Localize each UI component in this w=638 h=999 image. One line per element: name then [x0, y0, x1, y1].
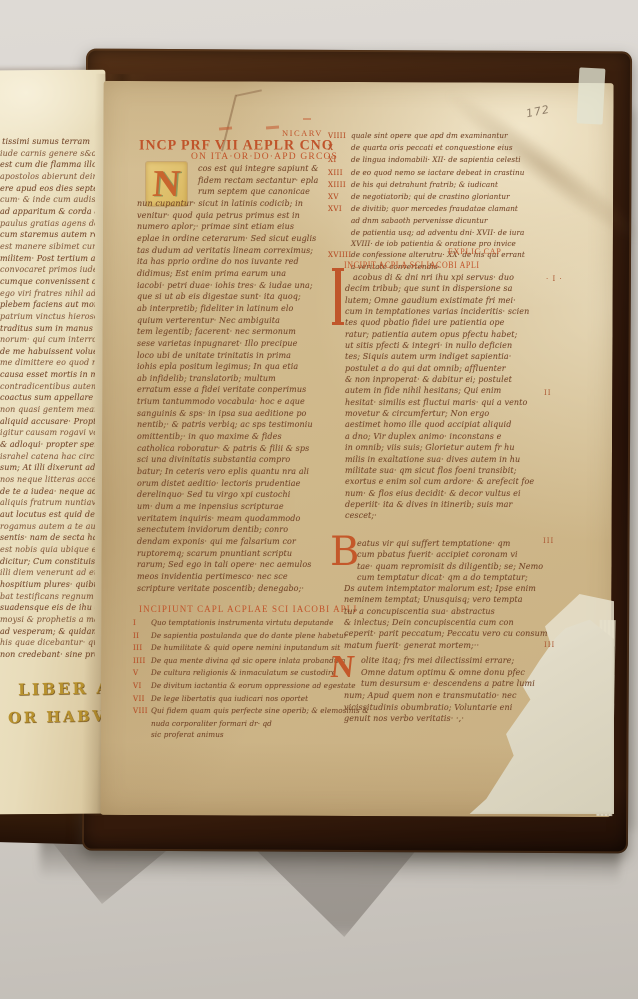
epistle-line: vicissitudinis obumbratio; Voluntarie en…: [344, 702, 549, 714]
capitula-list-right: VIIIIquale sint opere que apd dm examina…: [328, 130, 546, 272]
preface-line: quium verterentur· Nec ambiguita: [137, 315, 347, 327]
left-page-text-line: iude carnis genere s&de: [0, 148, 95, 160]
rubricated-initial-i: [335, 269, 341, 323]
left-page-text-line: sum; At illi dixerunt ad eum: [0, 462, 95, 474]
epistle-text-block-3: olite itaq; frs mei dilectissimi errare;…: [344, 655, 549, 725]
capitulum-entry: sic proferat animus: [133, 729, 345, 741]
epistle-line: num· & flos eius decidit· & decor vultus…: [345, 488, 550, 499]
capitulum-entry: VIDe divitum iactantia & eorum oppressio…: [133, 680, 345, 693]
explicit-capitula: EXPLIC CAP: [448, 247, 502, 256]
chapter-text: De divitum iactantia & eorum oppressione…: [151, 681, 356, 690]
capitula-heading: INCIPIUNT CAPL ACPLAE SCI IACOBI APLI: [139, 604, 357, 614]
chapter-numeral: I: [133, 618, 151, 630]
capitulum-entry: XIde lingua indomabili· XII· de sapienti…: [328, 154, 546, 166]
preface-line: fidem rectam sectantur· epla: [198, 175, 347, 187]
epistle-line: cescet;·: [345, 510, 550, 521]
left-page-text-line: aliquid accusare· Propter hanc: [0, 416, 95, 428]
margin-section-numeral: · I ·: [546, 275, 563, 283]
epistle-line: genuit nos verbo veritatis· ·,·: [344, 713, 549, 725]
capitulum-entry: VIIIIquale sint opere que apd dm examina…: [328, 130, 546, 142]
chapter-numeral: III: [133, 643, 151, 655]
chapter-text: de eo quod nemo se iactare debeat in cra…: [351, 168, 525, 177]
preface-line: nun cupantur· sicut in latinis codicib; …: [137, 198, 347, 210]
preface-line: iacobi· petri duae· iohis tres· & iudae …: [137, 280, 347, 292]
epistle-line: milis in exaltatione sua· dives autem in…: [345, 454, 550, 465]
incipit-epistle-james: INCIPIT ACPLA SCI IACOBI APLI: [344, 260, 480, 270]
chapter-numeral: II: [133, 631, 151, 643]
left-page-text-line: patrium vinctus hierosolymis: [0, 311, 95, 323]
left-page-text-line: ego viri fratres nihil adversus: [0, 288, 95, 300]
preface-line: rum septem que canonicae: [198, 186, 347, 198]
chapter-text: De humilitate & quid opere nemini inputa…: [151, 643, 340, 652]
capitulum-entry: XVIde divitib; quor mercedes fraudatae c…: [328, 203, 546, 215]
preface-line: venitur· quod quia petrus primus est in: [137, 210, 347, 222]
left-page-text-line: est nobis quia ubique ei contra: [0, 544, 95, 556]
left-page-text-line: israhel catena hac circumdatus: [0, 451, 95, 463]
red-pen-dash: [303, 118, 311, 120]
preface-line: didimus; Est enim prima earum una: [137, 268, 347, 280]
left-page-text-line: traditus sum in manus roma: [0, 323, 95, 335]
preface-line: ab infidelib; translatorib; multum: [137, 373, 347, 385]
epistle-line: num; Apud quem non e transmutatio· nec: [344, 690, 549, 702]
preface-line: dendam exponis· qui me falsarium cor: [137, 536, 347, 548]
chapter-text: de quarta oris peccati et conquestione e…: [351, 143, 513, 152]
chapter-text: Qui fidem quam quis perfecte sine operib…: [151, 706, 369, 715]
chapter-text: De cultura religionis & inmaculatum se c…: [151, 668, 336, 677]
epistle-line: in omnib; viis suis; Glorietur autem fr …: [345, 442, 550, 453]
epistle-line: exortus e enim sol cum ardore· & arefeci…: [345, 476, 550, 487]
chapter-numeral: XIII: [328, 168, 351, 179]
left-page-text-column: tissimi sumus terramiude carnis genere s…: [0, 136, 95, 661]
chapter-numeral: VI: [133, 681, 151, 693]
preface-line: senectutem invidorum dentib; conro: [137, 524, 347, 536]
preface-line: catholica roboratur· & patris & filii & …: [137, 443, 347, 455]
chapter-numeral: XVI: [328, 204, 351, 215]
preface-line: eplae in ordine ceterarum· Sed sicut eug…: [137, 233, 347, 245]
preface-text-column: cos est qui integre sapiunt &fidem recta…: [137, 163, 347, 594]
chapter-numeral: VIIII: [328, 131, 351, 142]
left-page-text-line: norum· qui cum interrogatione: [0, 334, 95, 346]
capitulum-entry: VIIIQui fidem quam quis perfecte sine op…: [133, 705, 345, 718]
capitulum-entry: Xde quarta oris peccati et conquestione …: [328, 142, 546, 154]
preface-line: ab interpretib; fideliter in latinum elo: [137, 303, 347, 315]
epistle-line: a dno; Vir duplex animo· inconstans e: [345, 431, 550, 442]
chapter-text: sic proferat animus: [151, 730, 224, 739]
left-page-text-line: apostolos abierunt deinde: [0, 171, 95, 183]
page-edge-sliver: [577, 67, 606, 124]
left-page-text-line: nos neque litteras accepimus: [0, 474, 95, 486]
left-page-text-line: illi diem venerunt ad eum in: [0, 567, 95, 579]
left-page-text-line: causa esset mortis in me: [0, 369, 95, 381]
left-page-text-line: de te a iudea· neque adveniens: [0, 486, 95, 498]
preface-line: loco ubi de unitate trinitatis in prima: [137, 350, 347, 362]
left-page-text-line: sentis· nam de secta hac notum: [0, 532, 95, 544]
left-page-text-line: aliquis fratrum nuntiavit: [0, 497, 95, 509]
capitulum-entry: IQuo temptationis instrumenta virtutu de…: [133, 617, 345, 630]
preface-line: meos invidentia pertimesco· nec sce: [137, 571, 347, 583]
preface-line: sanguinis & sps· in ipsa sua aeditione p…: [137, 408, 347, 420]
epistle-line: autem in fide nihil hesitans; Qui enim: [345, 385, 550, 396]
left-page-text-line: est manere sibimet cum custode: [0, 241, 95, 253]
chapter-text: de divitib; quor mercedes fraudatae clam…: [351, 204, 518, 213]
left-page-text-line: contradicentibus autem iudeis: [0, 381, 95, 393]
margin-section-numeral: II: [544, 389, 552, 397]
capitulum-entry: IIDe sapientia postulanda que do dante p…: [133, 630, 345, 643]
preface-line: numero aplor;· primae sint etiam eius: [137, 221, 347, 233]
chapter-numeral: V: [133, 668, 151, 680]
left-page-text-line: ad apparitum & corda abierunt: [0, 206, 95, 218]
capitulum-entry: IIIDe humilitate & quid opere nemini inp…: [133, 642, 345, 655]
preface-line: tas dudum ad veritatis lineam correximus…: [137, 245, 347, 257]
chapter-text: De lege libertatis qua iudicari nos opor…: [151, 694, 308, 703]
preface-line: ruptoremq; scarum pnuntiant scriptu: [137, 548, 347, 560]
left-page-text-line: paulus gratias agens deo: [0, 218, 95, 230]
capitula-list-left: IQuo temptationis instrumenta virtutu de…: [133, 617, 345, 741]
left-page-text-line: moysi & prophetis a mane usque: [0, 614, 95, 626]
chapter-numeral: VII: [133, 694, 151, 706]
epistle-line: ceperit· parit peccatum; Peccatu vero cu…: [344, 628, 549, 639]
preface-line: ita has pprio ordine do nos iuvante red: [137, 256, 347, 268]
chapter-numeral: X: [328, 143, 351, 154]
chapter-text: De qua mente divina qd sic opere inlata …: [151, 656, 345, 665]
chapter-numeral: XIIII: [328, 180, 351, 191]
preface-line: um· dum a me inpensius scripturae: [137, 501, 347, 513]
chapter-text: de patientia usq; ad adventu dni· XVII· …: [351, 228, 524, 237]
epistle-line: tae· quam repromisit ds diligentib; se; …: [357, 561, 549, 572]
preface-line: derelinquo· Sed tu virgo xpi custochi: [137, 489, 347, 501]
capitulum-entry: ad dnm sabaoth pervenisse dicuntur: [328, 215, 546, 226]
chapter-text: de negotiatorib; qui de crastino glorian…: [351, 192, 510, 201]
epistle-line: Ds autem intemptator malorum est; Ipse e…: [344, 583, 549, 594]
left-page-text-line: de me habuissent voluerunt: [0, 346, 95, 358]
left-page-text-line: coactus sum appellare caesarem: [0, 392, 95, 404]
epistle-line: lutem; Omne gaudium existimate fri mei·: [345, 295, 550, 306]
left-page-text-line: cumque convenissent dicebat: [0, 276, 95, 288]
preface-line: nentib;· & patris verbiq; ac sps testimo…: [137, 419, 347, 431]
epistle-line: cum temptatur dicat· qm a do temptatur;: [357, 572, 549, 583]
left-page-text-line: igitur causam rogavi vos videre: [0, 427, 95, 439]
preface-line: batur; In ceteris vero eplis quantu nra …: [137, 466, 347, 478]
preface-line: orum distet aeditio· lectoris prudentiae: [137, 478, 347, 490]
left-page-text-line: & adloqui· propter spem enim: [0, 439, 95, 451]
left-page-text-line: bat testificans regnum dei: [0, 591, 95, 603]
preface-line: scripture veritate poscentib; denegabo;·: [137, 583, 347, 595]
capitulum-entry: IIIIDe qua mente divina qd sic opere inl…: [133, 655, 345, 668]
preface-line: veritatem inquiris· meam quodammodo: [137, 513, 347, 525]
epistle-text-block-1: acobus di & dni nri ihu xpi servus· duod…: [345, 272, 550, 522]
chapter-numeral: XV: [328, 192, 351, 203]
chapter-text: quale sint opere que apd dm examinantur: [351, 131, 508, 140]
chapter-numeral: IIII: [133, 656, 151, 668]
left-page-text-line: convocaret primos iudeorum: [0, 264, 95, 276]
epistle-line: eatus vir qui suffert temptatione· qm: [357, 538, 549, 549]
left-page-text-line: non quasi gentem meam habens: [0, 404, 95, 416]
epistle-line: Omne datum optimu & omne donu pfec: [361, 667, 549, 679]
epistle-line: cum in temptationes varias incideritis· …: [345, 306, 550, 317]
manuscript-photo: tissimi sumus terramiude carnis genere s…: [0, 0, 638, 999]
left-page-text-line: me dimittere eo quod nulla: [0, 357, 95, 369]
left-page-text-line: tissimi sumus terram: [0, 136, 95, 148]
epistle-line: neminem temptat; Unusquisq; vero tempta: [344, 594, 549, 605]
preface-line: que si ut ab eis digestae sunt· ita quoq…: [137, 291, 347, 303]
left-page-text-line: dicitur; Cum constituissent autem: [0, 556, 95, 568]
rubric-continuation: NICARV: [282, 128, 323, 138]
capitulum-entry: XIIIIde his qui detrahunt fratrib; & iud…: [328, 179, 546, 191]
left-page-text-line: aut locutus est quid de te malum: [0, 509, 95, 521]
margin-section-numeral: III: [544, 641, 555, 649]
capitulum-entry: de patientia usq; ad adventu dni· XVII· …: [328, 227, 546, 238]
epistle-line: movetur & circumfertur; Non ergo: [345, 408, 550, 419]
left-page-text-line: rogamus autem a te audire que: [0, 521, 95, 533]
chapter-numeral: XI: [328, 155, 351, 166]
epistle-line: & inlectus; Dein concupiscentia cum con: [344, 617, 549, 628]
chapter-text: Quo temptationis instrumenta virtutu dep…: [151, 618, 333, 627]
preface-line: cos est qui integre sapiunt &: [198, 163, 347, 175]
opening-capitals: ON ITA·OR·DO·APD GRCOS: [191, 152, 338, 162]
epistle-line: hesitat· similis est fluctui maris· qui …: [345, 397, 550, 408]
preface-line: erratum esse a fidei veritate conperimus: [137, 384, 347, 396]
left-page-text-line: cum staremus autem romae: [0, 229, 95, 241]
capitulum-entry: VIIDe lege libertatis qua iudicari nos o…: [133, 693, 345, 706]
preface-line: sese varietas inpugnaret· Illo precipue: [137, 338, 347, 350]
epistle-line: aestimet homo ille quod accipiat aliquid: [345, 419, 550, 430]
epistle-line: cum pbatus fuerit· accipiet coronam vi: [357, 549, 549, 560]
chapter-text: nuda corporaliter formari dr· qd: [151, 719, 272, 728]
epistle-line: tum desursum e· descendens a patre lumi: [361, 678, 549, 690]
chapter-text: ad dnm sabaoth pervenisse dicuntur: [351, 216, 487, 225]
chapter-text: de his qui detrahunt fratrib; & iudicant: [351, 180, 498, 189]
epistle-line: olite itaq; frs mei dilectissimi errare;: [361, 655, 549, 667]
epistle-line: tes; Siquis autem urm indiget sapientia·: [345, 351, 550, 362]
left-page-text-line: ere apud eos dies septem: [0, 183, 95, 195]
left-page-text-line: plebem faciens aut morem: [0, 299, 95, 311]
left-page-text-line: his quae dicebantur· quidam vero: [0, 637, 95, 649]
book-cast-shadow-triangle: [248, 842, 423, 937]
preface-line: sci una divinitatis substantia compro: [137, 454, 347, 466]
left-page-text-line: cum· & inde cum audissent: [0, 194, 95, 206]
epistle-line: postulet a do qui dat omnib; affluenter: [345, 363, 550, 374]
capitulum-entry: XVde negotiatorib; qui de crastino glori…: [328, 191, 546, 203]
preface-line: rarum; Sed ego in tali opere· nec aemulo…: [137, 559, 347, 571]
capitulum-entry: VDe cultura religionis & inmaculatum se …: [133, 667, 345, 680]
preface-line: tem legentib; facerent· nec sermonum: [137, 326, 347, 338]
epistle-line: tes quod pbatio fidei ure patientia ope: [345, 317, 550, 328]
left-page-text-line: suadensque eis de ihu ex lege: [0, 602, 95, 614]
epistle-line: deperiit· ita & dives in itinerib; suis …: [345, 499, 550, 510]
preface-line: omittentib;· in quo maxime & fides: [137, 431, 347, 443]
left-page-text-line: hospitium plures· quibus expone: [0, 579, 95, 591]
capitulum-entry: nuda corporaliter formari dr· qd: [133, 718, 345, 730]
chapter-text: de lingua indomabili· XII· de sapientia …: [351, 155, 521, 164]
capitulum-entry: XIIIde eo quod nemo se iactare debeat in…: [328, 167, 546, 179]
epistle-line: tur a concupiscentia sua· abstractus: [344, 606, 549, 617]
epistle-line: ut sitis pfecti & integri· in nullo defi…: [345, 340, 550, 351]
epistle-line: decim tribub; que sunt in dispersione sa: [345, 283, 550, 294]
left-page-text-line: est cum die flamma illo: [0, 159, 95, 171]
chapter-text: De sapientia postulanda que do dante ple…: [151, 631, 347, 640]
epistle-line: & non inproperat· & dabitur ei; postulet: [345, 374, 550, 385]
left-page-text-line: ad vesperam; & quidam credebant: [0, 626, 95, 638]
epistle-line: acobus di & dni nri ihu xpi servus· duo: [353, 272, 550, 283]
epistle-line: ratur; patientia autem opus pfectu habet…: [345, 329, 550, 340]
capitulum-entry: XVIII· de iob patientia & oratione pro i…: [328, 238, 546, 249]
chapter-numeral: VIII: [133, 706, 151, 718]
epistle-line: matum fuerit· generat mortem;··: [344, 640, 549, 651]
left-page-text-line: non credebant· sine prohibitione: [0, 649, 95, 661]
left-page-text-line: militem· Post tertium autem: [0, 253, 95, 265]
preface-line: trium tantummodo vocabula· hoc e aque: [137, 396, 347, 408]
epistle-line: militate sua· qm sicut flos foeni transi…: [345, 465, 550, 476]
epistle-text-block-2: eatus vir qui suffert temptatione· qmcum…: [344, 538, 549, 651]
preface-line: iohis epla positum legimus; In qua etia: [137, 361, 347, 373]
margin-section-numeral: III: [543, 537, 554, 545]
